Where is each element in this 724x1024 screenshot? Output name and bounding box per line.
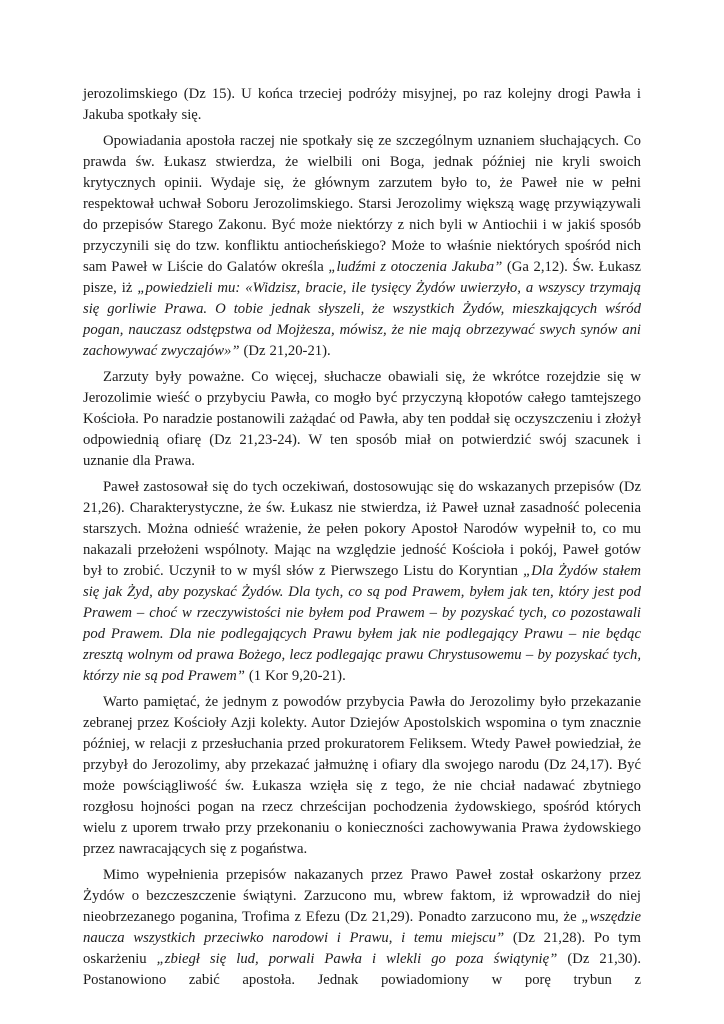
text-run: Mimo wypełnienia przepisów nakazanych pr… <box>83 867 641 925</box>
paragraph: jerozolimskiego (Dz 15). U końca trzecie… <box>83 84 641 126</box>
quote-text-run: „ludźmi z otoczenia Jakuba” <box>328 259 502 275</box>
quote-text-run: „Dla Żydów stałem się jak Żyd, aby pozys… <box>83 563 641 684</box>
text-run: (Dz 21,20-21). <box>240 343 331 359</box>
paragraph: Opowiadania apostoła raczej nie spotkały… <box>83 131 641 362</box>
document-page: jerozolimskiego (Dz 15). U końca trzecie… <box>0 0 724 1024</box>
quote-text-run: „zbiegł się lud, porwali Pawła i wlekli … <box>157 951 558 967</box>
text-run: (1 Kor 9,20-21). <box>245 668 346 684</box>
page-text: jerozolimskiego (Dz 15). U końca trzecie… <box>83 84 641 991</box>
paragraph: Mimo wypełnienia przepisów nakazanych pr… <box>83 865 641 991</box>
paragraph: Warto pamiętać, że jednym z powodów przy… <box>83 692 641 860</box>
text-run: Warto pamiętać, że jednym z powodów przy… <box>83 694 641 857</box>
text-run: jerozolimskiego (Dz 15). U końca trzecie… <box>83 86 641 123</box>
paragraph: Zarzuty były poważne. Co więcej, słuchac… <box>83 367 641 472</box>
paragraph: Paweł zastosował się do tych oczekiwań, … <box>83 477 641 687</box>
text-run: Opowiadania apostoła raczej nie spotkały… <box>83 133 641 275</box>
text-run: Zarzuty były poważne. Co więcej, słuchac… <box>83 369 641 469</box>
quote-text-run: „powiedzieli mu: «Widzisz, bracie, ile t… <box>83 280 641 359</box>
